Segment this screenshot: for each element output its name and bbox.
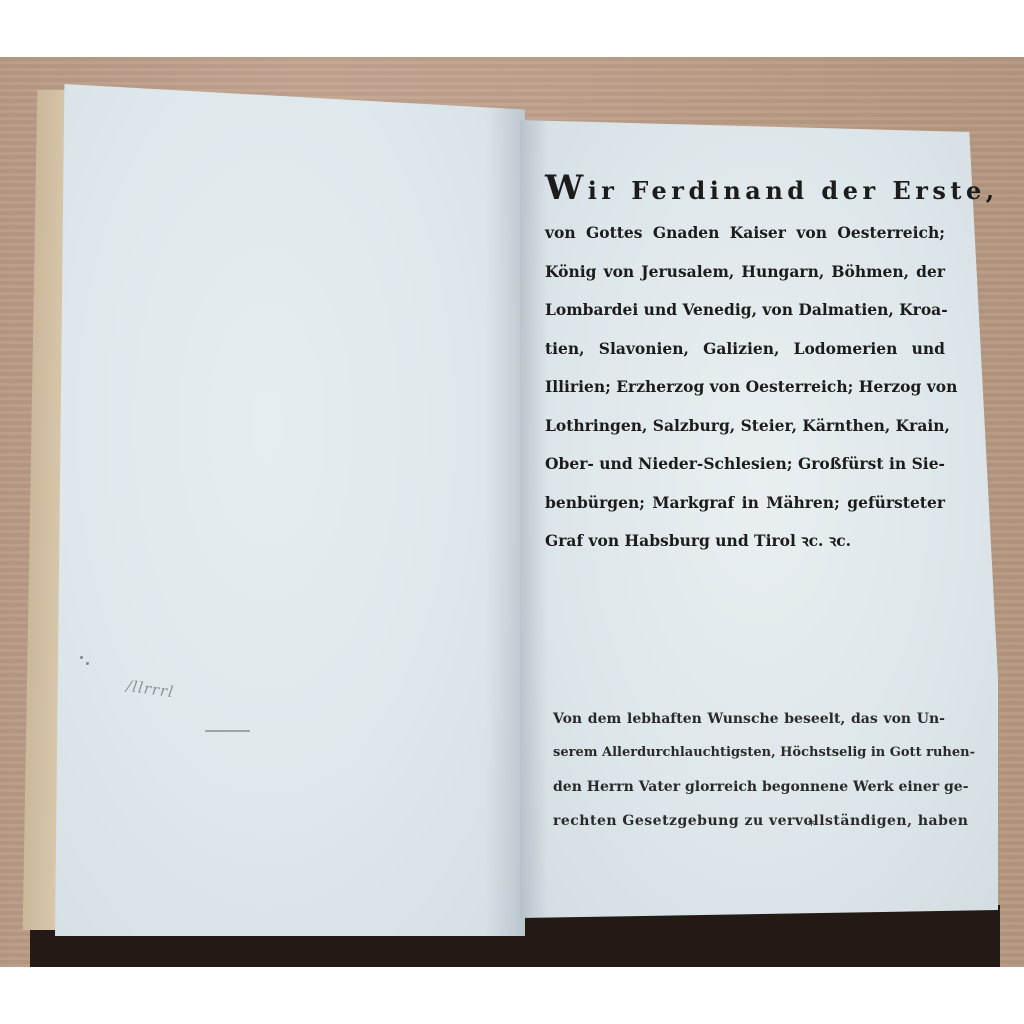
proclamation-line: tien, Slavonien, Galizien, Lodomerien un… xyxy=(545,330,945,369)
paragraph-line: den Herrn Vater glorreich begonnene Werk… xyxy=(553,770,945,804)
paragraph-line: Von dem lebhaften Wunsche beseelt, das v… xyxy=(553,702,945,736)
paper-speck xyxy=(80,656,83,659)
proclamation-line: König von Jerusalem, Hungarn, Böhmen, de… xyxy=(545,253,945,292)
proclamation-line: Graf von Habsburg und Tirol ꝛc. ꝛc. xyxy=(545,522,945,561)
paragraph-line: serem Allerdurchlauchtigsten, Höchstseli… xyxy=(553,736,945,770)
bleed-through-underline xyxy=(205,730,250,732)
proclamation-block: Wir Ferdinand der Erste, von Gottes Gnad… xyxy=(545,168,945,561)
proclamation-line: Ober- und Nieder-Schlesien; Großfürst in… xyxy=(545,445,945,484)
proclamation-line: von Gottes Gnaden Kaiser von Oesterreich… xyxy=(545,214,945,253)
body-paragraph: Von dem lebhaften Wunsche beseelt, das v… xyxy=(553,702,945,838)
proclamation-line: benbürgen; Markgraf in Mähren; gefürstet… xyxy=(545,484,945,523)
left-page xyxy=(55,84,525,936)
proclamation-line: Lombardei und Venedig, von Dalmatien, Kr… xyxy=(545,291,945,330)
proclamation-line: Lothringen, Salzburg, Steier, Kärnthen, … xyxy=(545,407,945,446)
paragraph-line: rechten Gesetzgebung zu vervollständigen… xyxy=(553,804,945,838)
paper-speck xyxy=(86,662,89,665)
left-page-gutter-shadow xyxy=(485,84,525,936)
proclamation-heading: Wir Ferdinand der Erste, xyxy=(545,168,945,208)
drop-cap: W xyxy=(545,168,588,208)
right-page-gutter-shadow xyxy=(520,120,548,918)
heading-text: ir Ferdinand der Erste, xyxy=(588,176,999,205)
proclamation-line: Illirien; Erzherzog von Oesterreich; Her… xyxy=(545,368,945,407)
signature-mark: * xyxy=(808,818,815,834)
